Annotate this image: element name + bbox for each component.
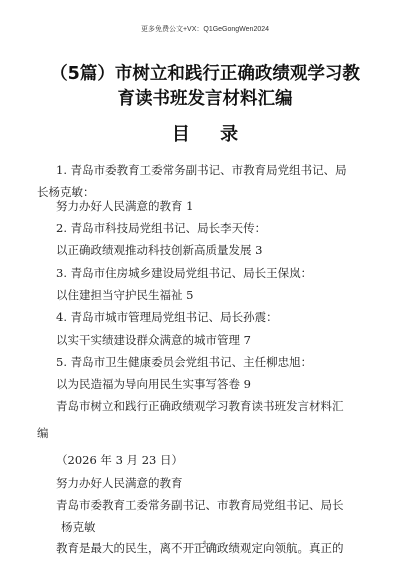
text-line: 以住建担当守护民生福祉 5 (56, 287, 193, 303)
text-line: 杨克敏 (61, 519, 96, 535)
text-line: （2026 年 3 月 23 日） (56, 452, 183, 468)
text-line: 努力办好人民满意的教育 1 (56, 198, 193, 214)
text-line: 编 (37, 425, 49, 441)
text-line: 1. 青岛市委教育工委常务副书记、市教育局党组书记、局 (56, 162, 347, 178)
page-header: 更多免费公文+VX：Q1GeGongWen2024 (0, 24, 410, 34)
text-line: 5. 青岛市卫生健康委员会党组书记、主任柳忠旭： (56, 354, 312, 370)
text-line: 以为民造福为导向用民生实事写答卷 9 (56, 376, 251, 392)
text-line: 青岛市树立和践行正确政绩观学习教育读书班发言材料汇 (56, 398, 344, 414)
text-line: 4. 青岛市城市管理局党组书记、局长孙震： (56, 309, 278, 325)
document-title: （5篇）市树立和践行正确政绩观学习教 育读书班发言材料汇编 (30, 62, 380, 112)
title-line-2: 育读书班发言材料汇编 (30, 87, 380, 112)
toc-heading: 目 录 (0, 120, 410, 146)
text-line: 以正确政绩观推动科技创新高质量发展 3 (56, 242, 262, 258)
page-number: — 1 — (0, 540, 410, 549)
text-line: 2. 青岛市科技局党组书记、局长李天传： (56, 220, 266, 236)
text-line: 3. 青岛市住房城乡建设局党组书记、局长王保岚： (56, 265, 312, 281)
text-line: 青岛市委教育工委常务副书记、市教育局党组书记、局长 (56, 497, 344, 513)
text-line: 以实干实绩建设群众满意的城市管理 7 (56, 332, 251, 348)
title-line-1: （5篇）市树立和践行正确政绩观学习教 (30, 62, 380, 87)
text-line: 努力办好人民满意的教育 (56, 475, 183, 491)
